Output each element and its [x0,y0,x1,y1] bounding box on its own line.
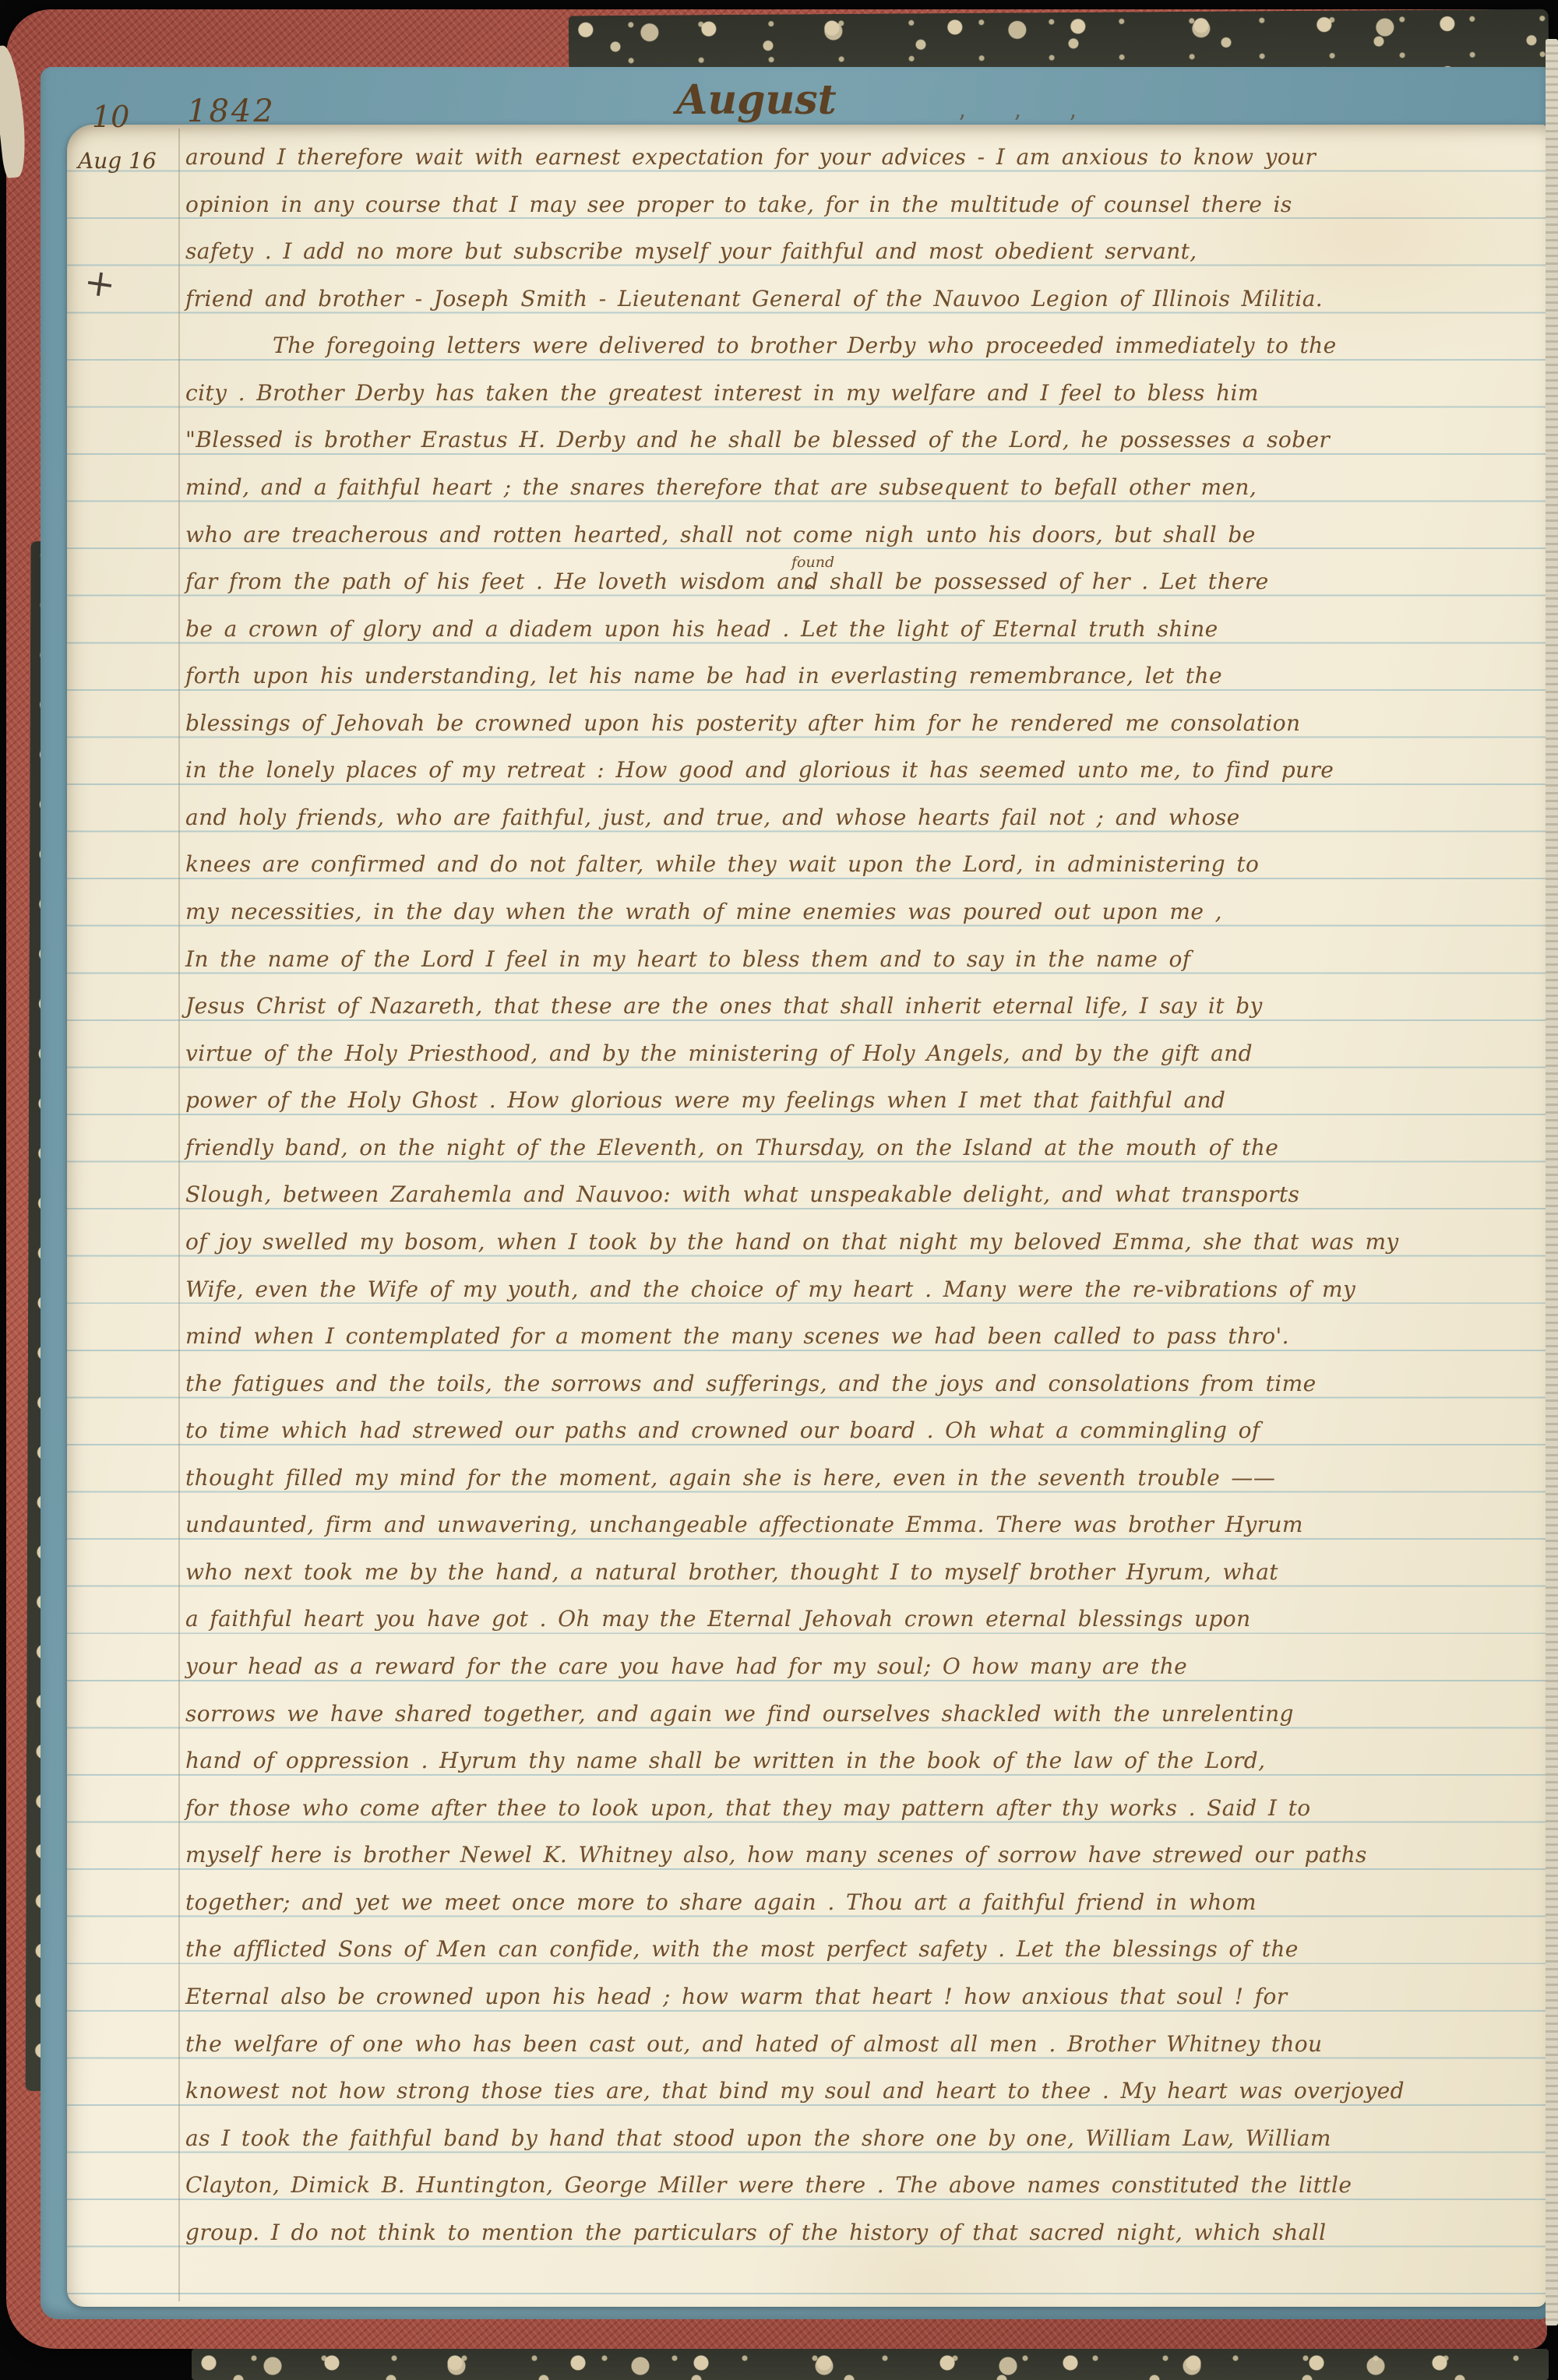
manuscript-line: a faithful heart you have got . Oh may t… [185,1596,1471,1643]
manuscript-line: city . Brother Derby has taken the great… [185,370,1471,417]
manuscript-line: who are treacherous and rotten hearted, … [185,512,1471,559]
manuscript-line: Clayton, Dimick B. Huntington, George Mi… [185,2162,1471,2209]
manuscript-line: your head as a reward for the care you h… [185,1643,1471,1691]
manuscript-text: around I therefore wait with earnest exp… [185,134,1471,2256]
insertion-caret-icon: ^ [802,583,816,602]
manuscript-line: mind when I contemplated for a moment th… [185,1313,1471,1361]
manuscript-line: the welfare of one who has been cast out… [185,2021,1471,2068]
manuscript-line: friendly band, on the night of the Eleve… [185,1125,1471,1172]
interlinear-insertion: found [791,554,834,571]
manuscript-line: group. I do not think to mention the par… [185,2209,1471,2257]
manuscript-line: power of the Holy Ghost . How glorious w… [185,1077,1471,1125]
manuscript-line: myself here is brother Newel K. Whitney … [185,1832,1471,1879]
manuscript-line: together; and yet we meet once more to s… [185,1879,1471,1927]
manuscript-line: and holy friends, who are faithful, just… [185,794,1471,842]
manuscript-line: the afflicted Sons of Men can confide, w… [185,1926,1471,1973]
manuscript-line: mind, and a faithful heart ; the snares … [185,464,1471,512]
manuscript-line: in the lonely places of my retreat : How… [185,747,1471,794]
page-fore-edge [1546,39,1558,2325]
manuscript-line: forth upon his understanding, let his na… [185,653,1471,700]
manuscript-line: undaunted, firm and unwavering, unchange… [185,1502,1471,1549]
page-number: 10 [92,100,129,134]
manuscript-line: Jesus Christ of Nazareth, that these are… [185,983,1471,1030]
manuscript-line: hand of oppression . Hyrum thy name shal… [185,1737,1471,1785]
manuscript-line: virtue of the Holy Priesthood, and by th… [185,1030,1471,1078]
manuscript-line: The foregoing letters were delivered to … [185,322,1471,370]
manuscript-line: knowest not how strong those ties are, t… [185,2068,1471,2115]
manuscript-line: to time which had strewed our paths and … [185,1407,1471,1455]
margin-date: Aug 16 [78,148,157,174]
manuscript-line: for those who come after thee to look up… [185,1785,1471,1833]
manuscript-line: friend and brother - Joseph Smith - Lieu… [185,276,1471,323]
manuscript-line: sorrows we have shared together, and aga… [185,1691,1471,1738]
manuscript-line: opinion in any course that I may see pro… [185,181,1471,229]
manuscript-line: blessings of Jehovah be crowned upon his… [185,700,1471,748]
manuscript-line: "Blessed is brother Erastus H. Derby and… [185,417,1471,464]
manuscript-line: knees are confirmed and do not falter, w… [185,841,1471,889]
manuscript-line: In the name of the Lord I feel in my hea… [185,936,1471,984]
margin-rule-line [178,129,180,2301]
manuscript-line: who next took me by the hand, a natural … [185,1549,1471,1597]
marbled-paper-bottom [192,2349,1549,2380]
year-heading: 1842 [187,93,276,129]
manuscript-line: of joy swelled my bosom, when I took by … [185,1219,1471,1266]
manuscript-line: my necessities, in the day when the wrat… [185,889,1471,936]
manuscript-line: Slough, between Zarahemla and Nauvoo: wi… [185,1171,1471,1219]
manuscript-line: Eternal also be crowned upon his head ; … [185,1973,1471,2021]
manuscript-line: around I therefore wait with earnest exp… [185,134,1471,181]
manuscript-line: safety . I add no more but subscribe mys… [185,228,1471,276]
manuscript-line: thought filled my mind for the moment, a… [185,1455,1471,1502]
manuscript-line: as I took the faithful band by hand that… [185,2115,1471,2163]
manuscript-line: Wife, even the Wife of my youth, and the… [185,1266,1471,1314]
month-heading: August [676,76,837,124]
margin-cross-mark: + [81,259,118,307]
photo-background: 10 1842 August ’ ’ ’ Aug 16 + around I t… [0,0,1558,2380]
manuscript-line: be a crown of glory and a diadem upon hi… [185,606,1471,653]
manuscript-line: the fatigues and the toils, the sorrows … [185,1361,1471,1408]
